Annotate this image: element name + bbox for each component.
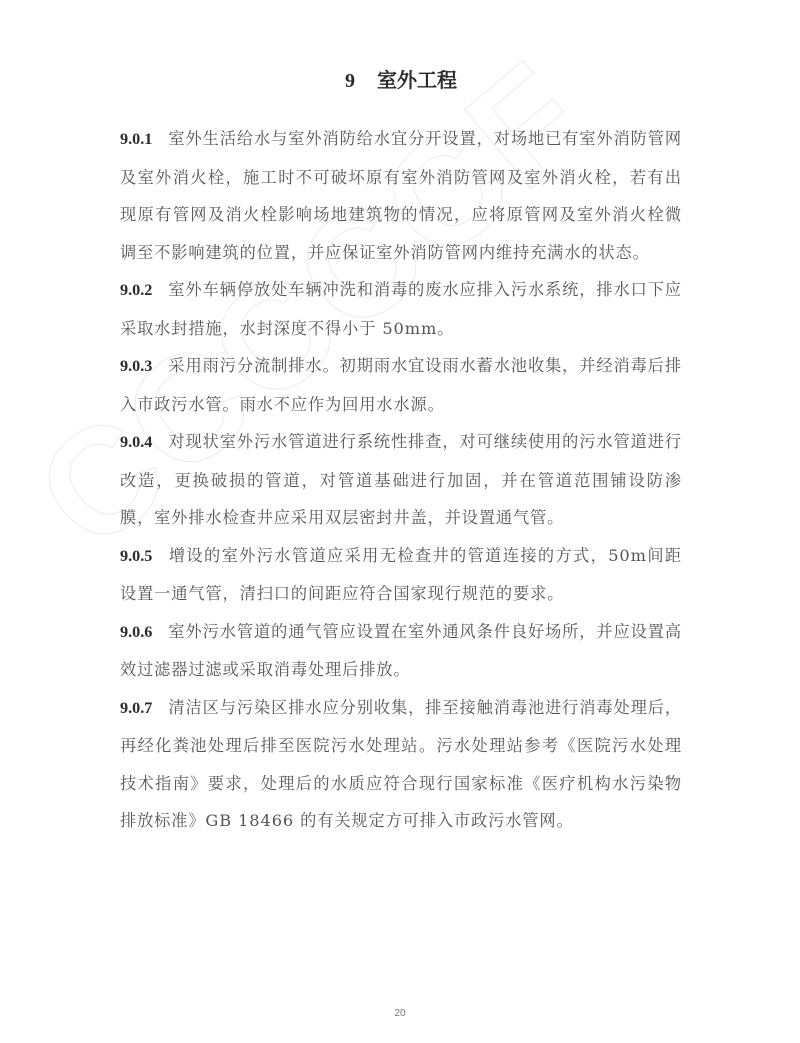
chapter-heading: 9室外工程: [120, 62, 682, 98]
clause-text: 室外车辆停放处车辆冲洗和消毒的废水应排入污水系统，排水口下应采取水封措施，水封深…: [120, 280, 682, 338]
clause-9-0-4: 9.0.4对现状室外污水管道进行系统性排查，对可继续使用的污水管道进行改造，更换…: [120, 423, 682, 537]
chapter-number: 9: [345, 70, 355, 92]
clause-number: 9.0.7: [120, 699, 152, 717]
clause-number: 9.0.1: [120, 130, 152, 148]
clause-text: 增设的室外污水管道应采用无检查井的管道连接的方式，50m间距设置一通气管，清扫口…: [120, 546, 682, 604]
clause-text: 室外生活给水与室外消防给水宜分开设置，对场地已有室外消防管网及室外消火栓，施工时…: [120, 129, 682, 262]
clause-9-0-6: 9.0.6室外污水管道的通气管应设置在室外通风条件良好场所，并应设置高效过滤器过…: [120, 613, 682, 689]
document-page: 9室外工程 9.0.1室外生活给水与室外消防给水宜分开设置，对场地已有室外消防管…: [120, 62, 682, 840]
clause-number: 9.0.5: [120, 547, 152, 565]
clause-9-0-2: 9.0.2室外车辆停放处车辆冲洗和消毒的废水应排入污水系统，排水口下应采取水封措…: [120, 271, 682, 347]
clause-text: 对现状室外污水管道进行系统性排查，对可继续使用的污水管道进行改造，更换破损的管道…: [120, 432, 682, 527]
clause-9-0-7: 9.0.7清洁区与污染区排水应分别收集，排至接触消毒池进行消毒处理后，再经化粪池…: [120, 689, 682, 840]
clause-number: 9.0.2: [120, 281, 152, 299]
clause-text: 室外污水管道的通气管应设置在室外通风条件良好场所，并应设置高效过滤器过滤或采取消…: [120, 622, 682, 680]
clause-9-0-3: 9.0.3采用雨污分流制排水。初期雨水宜设雨水蓄水池收集，并经消毒后排入市政污水…: [120, 347, 682, 423]
page-number: 20: [0, 1008, 800, 1019]
clause-9-0-1: 9.0.1室外生活给水与室外消防给水宜分开设置，对场地已有室外消防管网及室外消火…: [120, 120, 682, 271]
clause-number: 9.0.6: [120, 623, 152, 641]
chapter-title: 室外工程: [377, 68, 457, 92]
clause-text: 清洁区与污染区排水应分别收集，排至接触消毒池进行消毒处理后，再经化粪池处理后排至…: [120, 698, 682, 831]
clause-number: 9.0.4: [120, 433, 152, 451]
clause-9-0-5: 9.0.5增设的室外污水管道应采用无检查井的管道连接的方式，50m间距设置一通气…: [120, 537, 682, 613]
clause-number: 9.0.3: [120, 357, 152, 375]
clause-text: 采用雨污分流制排水。初期雨水宜设雨水蓄水池收集，并经消毒后排入市政污水管。雨水不…: [120, 356, 682, 414]
